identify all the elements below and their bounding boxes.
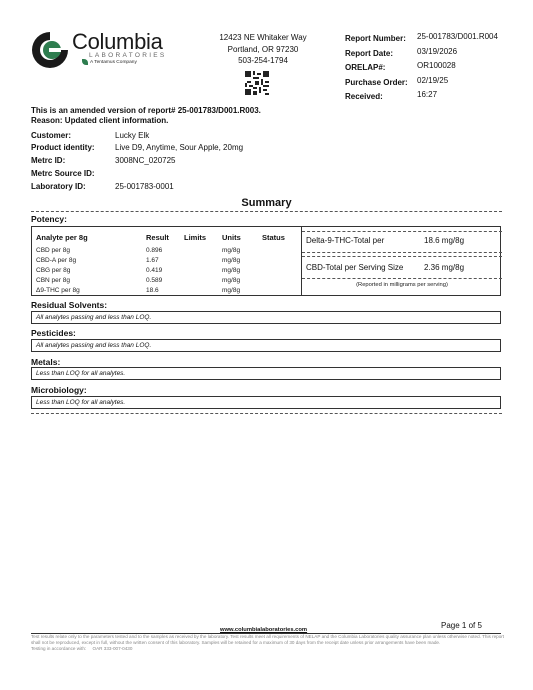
status [262,285,302,295]
product-identity-value: Live D9, Anytime, Sour Apple, 20mg [115,143,243,152]
table-row: CBN per 8g 0.589 mg/8g [36,275,302,285]
metrc-source-id-row: Metrc Source ID: [31,167,243,180]
column-header: Units [222,232,262,245]
report-number: 25-001783/D001.R004 [417,32,498,41]
table-row: CBD per 8g 0.896 mg/8g [36,245,302,255]
address-line: 12423 NE Whitaker Way [200,32,326,44]
testing-accordance: Testing in accordance with: OAR 333-007-… [31,646,511,652]
customer-value: Lucky Elk [115,131,149,140]
divider [302,252,502,253]
residual-solvents-result: All analytes passing and less than LOQ. [31,311,501,324]
units: mg/8g [222,285,262,295]
laboratory-id-row: Laboratory ID: 25-001783-0001 [31,180,243,193]
residual-solvents-label: Residual Solvents: [31,300,107,310]
meta-label: Report Number: [345,32,417,43]
units: mg/8g [222,245,262,255]
column-header: Result [146,232,184,245]
column-header: Analyte per 8g [36,232,146,245]
purchase-order: 02/19/25 [417,76,448,85]
report-date-row: Report Date: 03/19/2026 [345,47,498,62]
testing-label: Testing in accordance with: [31,646,86,651]
microbiology-label: Microbiology: [31,385,87,395]
divider [31,211,502,212]
laboratory-id-value: 25-001783-0001 [115,182,174,191]
metals-label: Metals: [31,357,60,367]
info-label: Laboratory ID: [31,182,115,191]
totals-panel: Delta-9-THC-Total per 18.6 mg/8g CBD-Tot… [301,227,502,296]
analyte: Δ9-THC per 8g [36,285,146,295]
report-number-row: Report Number: 25-001783/D001.R004 [345,32,498,47]
disclaimer: Test results relate only to the paramete… [31,634,511,651]
result: 0.419 [146,265,184,275]
meta-label: Received: [345,90,417,101]
metals-result: Less than LOQ for all analytes. [31,367,501,380]
orelap-number: OR100028 [417,61,456,70]
pesticides-result: All analytes passing and less than LOQ. [31,339,501,352]
divider [302,256,502,257]
meta-label: ORELAP#: [345,61,417,72]
lab-subtitle: LABORATORIES [89,52,167,59]
analyte: CBN per 8g [36,275,146,285]
table-header: Analyte per 8g Result Limits Units Statu… [36,232,302,245]
info-label: Metrc Source ID: [31,169,115,178]
page-number: Page 1 of 5 [441,621,482,630]
limits [184,265,222,275]
customer-row: Customer: Lucky Elk [31,129,243,142]
tagline-text: A Tentamus Company [90,60,137,65]
thc-total-value: 18.6 mg/8g [424,236,464,245]
meta-label: Report Date: [345,47,417,58]
received-time: 16:27 [417,90,437,99]
meta-label: Purchase Order: [345,76,417,87]
amendment-line: This is an amended version of report# 25… [31,106,261,116]
metrc-id-row: Metrc ID: 3008NC_020725 [31,154,243,167]
purchase-order-row: Purchase Order: 02/19/25 [345,76,498,91]
divider [302,231,502,232]
limits [184,285,222,295]
result: 18.6 [146,285,184,295]
lab-address: 12423 NE Whitaker Way Portland, OR 97230… [200,32,326,67]
units: mg/8g [222,255,262,265]
status [262,255,302,265]
limits [184,245,222,255]
result: 1.67 [146,255,184,265]
units: mg/8g [222,275,262,285]
received-row: Received: 16:27 [345,90,498,105]
units: mg/8g [222,265,262,275]
status [262,275,302,285]
info-label: Product identity: [31,143,115,152]
column-header: Limits [184,232,222,245]
product-identity-row: Product identity: Live D9, Anytime, Sour… [31,142,243,155]
status [262,265,302,275]
analyte: CBD per 8g [36,245,146,255]
potency-box: Analyte per 8g Result Limits Units Statu… [31,226,501,296]
report-meta: Report Number: 25-001783/D001.R004 Repor… [345,32,498,105]
status [262,245,302,255]
leaf-icon [82,59,88,65]
orelap-row: ORELAP#: OR100028 [345,61,498,76]
result: 0.589 [146,275,184,285]
metrc-id-value: 3008NC_020725 [115,156,176,165]
microbiology-result: Less than LOQ for all analytes. [31,396,501,409]
table-row: CBD-A per 8g 1.67 mg/8g [36,255,302,265]
divider [302,278,502,279]
potency-table: Analyte per 8g Result Limits Units Statu… [36,232,302,295]
potency-label: Potency: [31,214,67,224]
address-line: Portland, OR 97230 [200,44,326,56]
info-label: Metrc ID: [31,156,115,165]
disclaimer-text: Test results relate only to the paramete… [31,634,511,646]
thc-total-row: Delta-9-THC-Total per 18.6 mg/8g [306,236,464,245]
qr-code-icon[interactable] [245,71,269,95]
phone: 503-254-1794 [200,55,326,67]
analyte: CBG per 8g [36,265,146,275]
testing-value: OAR 333-007-0430 [93,646,133,651]
column-header: Status [262,232,302,245]
lab-tagline: A Tentamus Company [82,59,137,65]
cbd-total-value: 2.36 mg/8g [424,263,464,272]
divider [31,413,502,414]
table-row: Δ9-THC per 8g 18.6 mg/8g [36,285,302,295]
result: 0.896 [146,245,184,255]
table-row: CBG per 8g 0.419 mg/8g [36,265,302,275]
limits [184,255,222,265]
amendment-notice: This is an amended version of report# 25… [31,106,261,125]
report-date: 03/19/2026 [417,47,457,56]
cbd-total-row: CBD-Total per Serving Size 2.36 mg/8g [306,263,464,272]
amendment-reason: Reason: Updated client information. [31,116,261,126]
analyte: CBD-A per 8g [36,255,146,265]
client-info: Customer: Lucky Elk Product identity: Li… [31,129,243,193]
pesticides-label: Pesticides: [31,328,76,338]
total-label: CBD-Total per Serving Size [306,263,424,272]
limits [184,275,222,285]
summary-title: Summary [0,197,533,209]
total-label: Delta-9-THC-Total per [306,236,424,245]
reporting-note: (Reported in milligrams per serving) [302,282,502,288]
info-label: Customer: [31,131,115,140]
columbia-logo-icon [30,30,70,70]
